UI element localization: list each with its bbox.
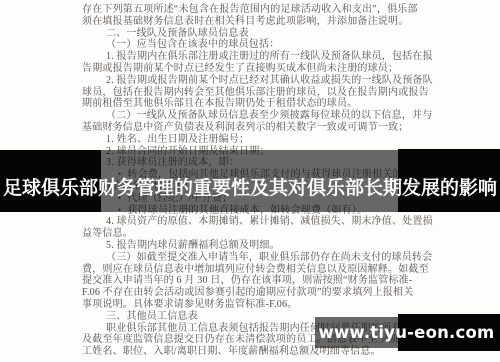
document-line: 益等信息。 — [82, 228, 454, 240]
document-line: 5. 报告期内球员薪酬福利总额及明细。 — [82, 240, 454, 252]
document-line: 球员，包括在报告期内转会至其他俱乐部注册的球员，以及在报告期内或报告 — [82, 87, 454, 99]
document-line: 1. 报告期内在俱乐部注册或注册过的所有一线队及预备队球员，包括在报 — [82, 51, 454, 63]
document-line: （一）应当包含在该表中的球员包括： — [82, 39, 454, 51]
document-line: 1. 姓名、出生日期及注册编号； — [82, 134, 454, 146]
document-line: 基础财务信息中资产负债表及利润表列示的相关数字一致或可调节一致； — [82, 122, 454, 134]
document-line: 事项说明。具体要求请参见财务监管标准-F.06。 — [82, 299, 454, 311]
document-line: （三）如截至提交准入申请当年，职业俱乐部仍存在尚未支付的球员转会 — [82, 252, 454, 264]
document-line: 告期或报告期前某个时点已经发生了直接购买成本但尚未注册的球员； — [82, 63, 454, 75]
document-line: （二）一线队及预备队球员信息表至少须披露每位球员的以下信息，并与 — [82, 110, 454, 122]
document-line: 4. 球员资产的原值、本期摊销、累计摊销、减值损失、期末净值、处置损 — [82, 216, 454, 228]
document-line: 须在填报基础财务信息表时在相关科目考虑此项影响，并添加备注说明。 — [82, 16, 454, 28]
document-line: 期前租借至其他俱乐部且在本报告期仍处于租借状态的球员。 — [82, 98, 454, 110]
watermark-url: www.tiyu-eon.com — [313, 314, 500, 351]
document-line: 费，则应在球员信息表中增加填列应付转会费相关信息以及原因解释。如截至 — [82, 264, 454, 276]
document-line: 二、一线队及预备队球员信息表 — [82, 28, 454, 40]
document-line: F.06 不存在由转会活动或因参赛引起的逾期应付款项”的要求填列上报相关 — [82, 287, 454, 299]
document-line: 提交准入申请当年的 6 月 30 日，仍存在该事项，则需按照“财务监管标准- — [82, 275, 454, 287]
page-title: 足球俱乐部财务管理的重要性及其对俱乐部长期发展的影响 — [0, 176, 500, 200]
scanned-document-page: 存在下列第五项所述“未包含在报告范围内的足球活动收入和支出”，俱乐部须在填报基础… — [0, 0, 500, 362]
document-line: 存在下列第五项所述“未包含在报告范围内的足球活动收入和支出”，俱乐部 — [82, 4, 454, 16]
document-line: 2. 报告期或报告期前某个时点已经对其确认收益或损失的一线队及预备队 — [82, 75, 454, 87]
